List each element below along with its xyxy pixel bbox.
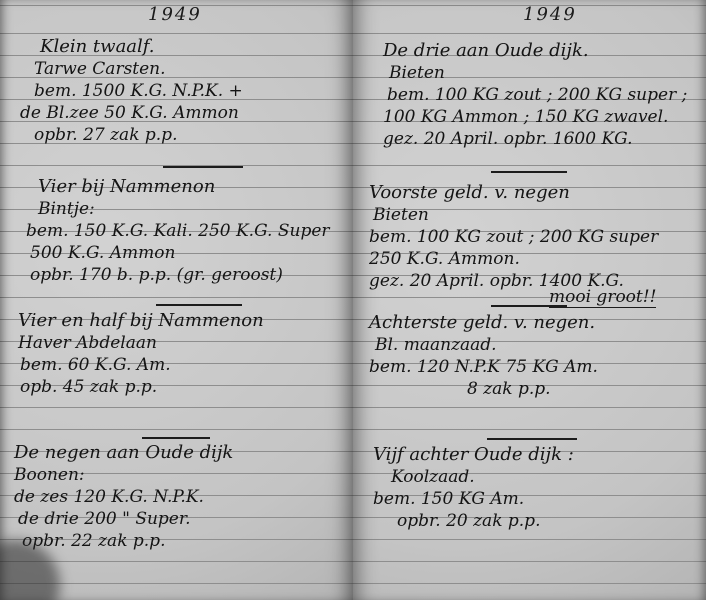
entry-line: 250 K.G. Ammon.	[369, 248, 658, 270]
section-divider	[163, 166, 243, 168]
entry-line: bem. 120 N.P.K 75 KG Am.	[369, 356, 598, 378]
entry-line: 500 K.G. Ammon	[30, 242, 330, 264]
entry-title: Vijf achter Oude dijk :	[373, 444, 574, 466]
entry-line: 8 zak p.p.	[467, 378, 598, 400]
entry-title: Vier en half bij Nammenon	[18, 310, 264, 332]
entry-line: opbr. 22 zak p.p.	[22, 530, 233, 552]
entry-line: opbr. 20 zak p.p.	[397, 510, 574, 532]
entry-line: Bieten	[389, 62, 687, 84]
entry-title: Voorste geld. v. negen	[369, 182, 658, 204]
section-divider	[491, 171, 567, 173]
entry-achterste-geld: Achterste geld. v. negen. Bl. maanzaad. …	[369, 312, 598, 400]
entry-line: Boonen:	[14, 464, 233, 486]
entry-line: de drie 200 " Super.	[18, 508, 233, 530]
entry-vier-bij-nammenon: Vier bij Nammenon Bintje: bem. 150 K.G. …	[30, 176, 330, 286]
entry-vijf-achter: Vijf achter Oude dijk : Koolzaad. bem. 1…	[373, 444, 574, 532]
entry-line: Bl. maanzaad.	[375, 334, 598, 356]
entry-title: Vier bij Nammenon	[38, 176, 330, 198]
entry-line: Haver Abdelaan	[18, 332, 264, 354]
entry-title: De negen aan Oude dijk	[14, 442, 233, 464]
entry-title: Klein twaalf.	[40, 36, 243, 58]
section-divider	[142, 437, 210, 439]
left-page: 1949 Klein twaalf. Tarwe Carsten. bem. 1…	[0, 0, 353, 600]
entry-line: bem. 150 K.G. Kali. 250 K.G. Super	[26, 220, 330, 242]
entry-line: Tarwe Carsten.	[34, 58, 243, 80]
entry-line: de zes 120 K.G. N.P.K.	[14, 486, 233, 508]
entry-klein-twaalf: Klein twaalf. Tarwe Carsten. bem. 1500 K…	[34, 36, 243, 146]
page-year: 1949	[148, 4, 202, 25]
right-page: 1949 De drie aan Oude dijk. Bieten bem. …	[353, 0, 706, 600]
entry-line: bem. 100 KG zout ; 200 KG super ;	[387, 84, 687, 106]
entry-line: bem. 150 KG Am.	[373, 488, 574, 510]
entry-line: 100 KG Ammon ; 150 KG zwavel.	[383, 106, 687, 128]
section-divider	[491, 305, 567, 307]
entry-vier-en-half: Vier en half bij Nammenon Haver Abdelaan…	[18, 310, 264, 398]
section-divider	[156, 304, 242, 306]
entry-de-negen: De negen aan Oude dijk Boonen: de zes 12…	[14, 442, 233, 552]
notebook-spread: 1949 Klein twaalf. Tarwe Carsten. bem. 1…	[0, 0, 706, 600]
entry-line: Koolzaad.	[391, 466, 574, 488]
entry-de-drie: De drie aan Oude dijk. Bieten bem. 100 K…	[379, 40, 687, 150]
entry-line: bem. 60 K.G. Am.	[20, 354, 264, 376]
entry-line: gez. 20 April. opbr. 1600 KG.	[383, 128, 687, 150]
entry-line: opb. 45 zak p.p.	[20, 376, 264, 398]
section-divider	[487, 438, 577, 440]
entry-line: de Bl.zee 50 K.G. Ammon	[20, 102, 243, 124]
entry-line: Bintje:	[38, 198, 330, 220]
entry-line: bem. 100 KG zout ; 200 KG super	[369, 226, 658, 248]
page-year: 1949	[523, 4, 577, 25]
entry-line: opbr. 170 b. p.p. (gr. geroost)	[30, 264, 330, 286]
entry-line: opbr. 27 zak p.p.	[34, 124, 243, 146]
entry-line: Bieten	[373, 204, 658, 226]
entry-title: Achterste geld. v. negen.	[369, 312, 598, 334]
entry-line: bem. 1500 K.G. N.P.K. +	[34, 80, 243, 102]
entry-voorste-geld: Voorste geld. v. negen Bieten bem. 100 K…	[369, 182, 658, 308]
entry-title: De drie aan Oude dijk.	[383, 40, 687, 62]
